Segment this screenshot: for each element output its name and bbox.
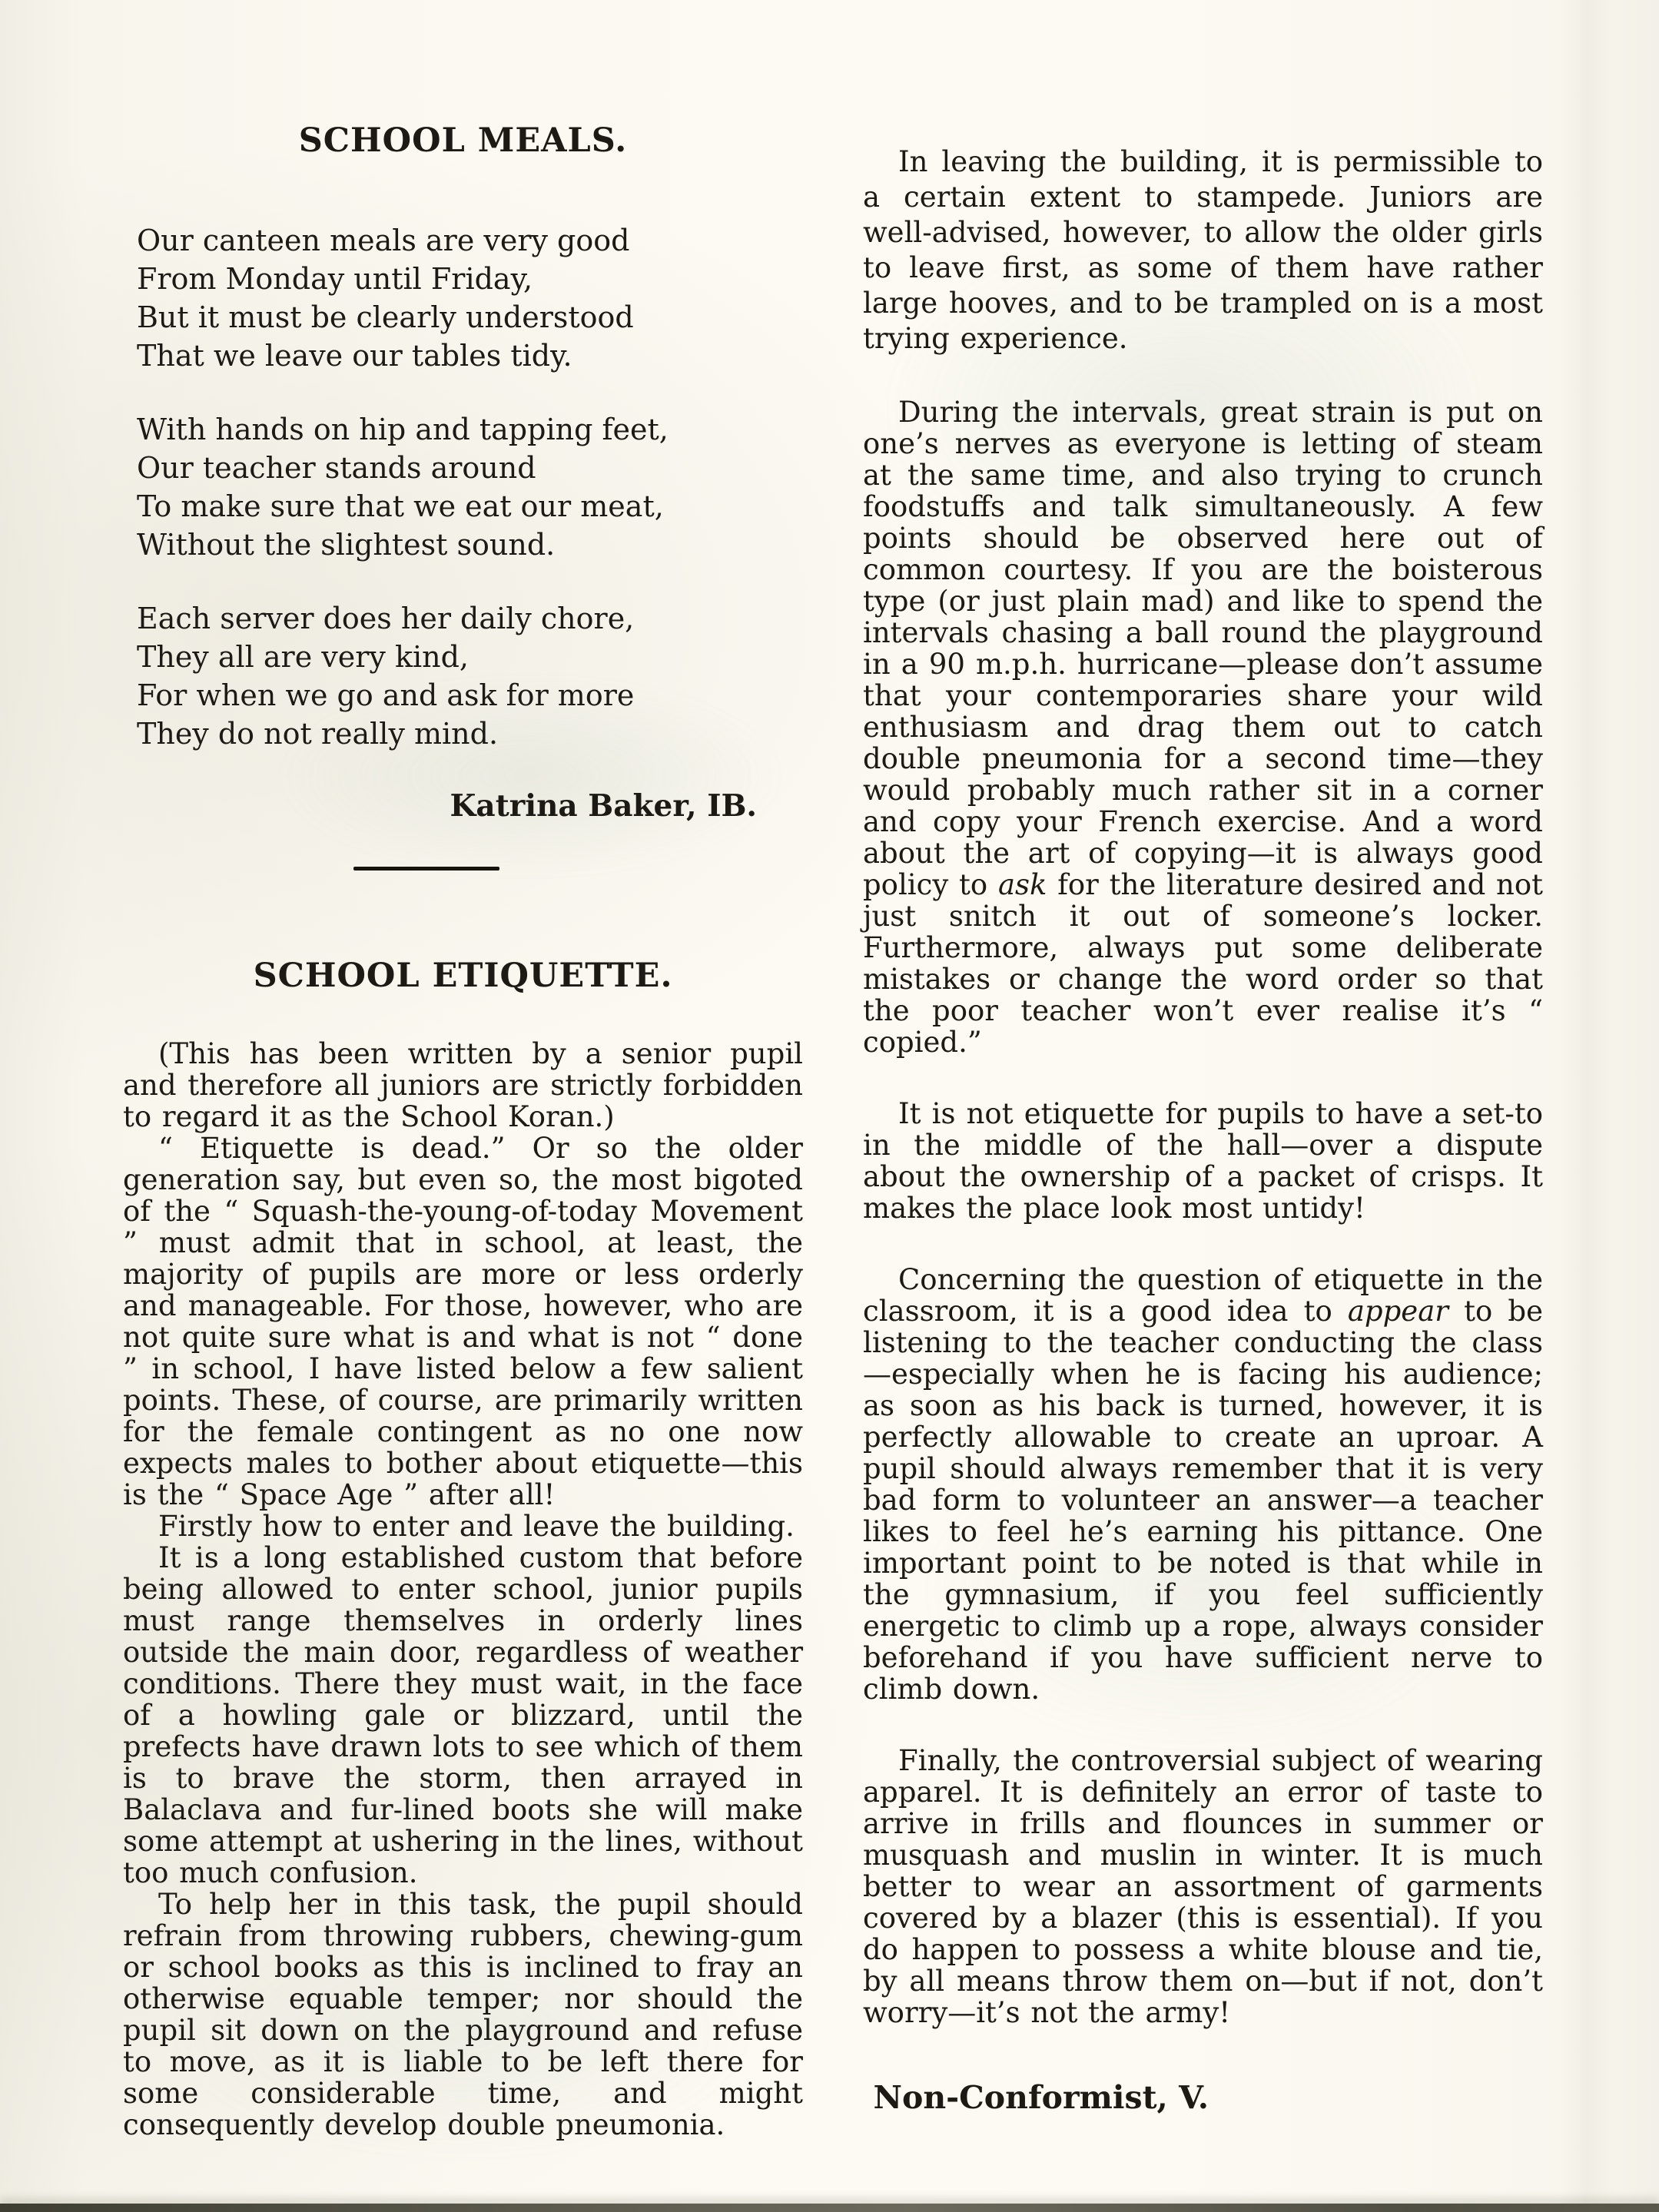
scan-crease-shadow	[1560, 0, 1614, 2212]
paragraph-text: During the intervals, great strain is pu…	[863, 396, 1543, 901]
poem-line: But it must be clearly understood	[137, 298, 803, 337]
poem-line: They do not really mind.	[137, 715, 803, 753]
poem-line: To make sure that we eat our meat,	[137, 487, 803, 526]
school-etiquette-heading: SCHOOL ETIQUETTE.	[123, 957, 803, 995]
school-meals-heading: SCHOOL MEALS.	[123, 121, 803, 160]
poem-stanza: Each server does her daily chore, They a…	[137, 599, 803, 753]
etiquette-article-left: (This has been written by a senior pupil…	[123, 1038, 803, 2141]
poem-line: Our canteen meals are very good	[137, 221, 803, 260]
article-paragraph: Concerning the question of etiquette in …	[863, 1264, 1543, 1705]
etiquette-paragraph: To help her in this task, the pupil shou…	[123, 1889, 803, 2141]
poem-line: Our teacher stands around	[137, 449, 803, 487]
etiquette-paragraph: “ Etiquette is dead.” Or so the older ge…	[123, 1133, 803, 1511]
scanned-magazine-page: SCHOOL MEALS. Our canteen meals are very…	[0, 0, 1659, 2212]
article-paragraph: It is not etiquette for pupils to have a…	[863, 1098, 1543, 1224]
poem-line: They all are very kind,	[137, 638, 803, 676]
etiquette-paragraph: It is a long established custom that bef…	[123, 1542, 803, 1889]
poem-line: For when we go and ask for more	[137, 676, 803, 715]
italic-word: ask	[998, 868, 1047, 901]
poem-line: With hands on hip and tapping feet,	[137, 410, 803, 449]
right-column: In leaving the building, it is permissib…	[863, 121, 1543, 2141]
article-paragraph: During the intervals, great strain is pu…	[863, 396, 1543, 1058]
italic-word: appear	[1348, 1295, 1448, 1328]
left-column: SCHOOL MEALS. Our canteen meals are very…	[123, 121, 803, 2141]
poem-line: That we leave our tables tidy.	[137, 337, 803, 375]
poem-line: Each server does her daily chore,	[137, 599, 803, 638]
poem-stanza: Our canteen meals are very good From Mon…	[137, 221, 803, 375]
poem-signature: Katrina Baker, IB.	[123, 788, 803, 824]
paragraph-text: to be listening to the teacher conductin…	[863, 1295, 1543, 1706]
poem-line: Without the slightest sound.	[137, 526, 803, 564]
poem-line: From Monday until Friday,	[137, 260, 803, 298]
article-paragraph: Finally, the controversial subject of we…	[863, 1745, 1543, 2028]
section-divider-rule	[353, 867, 499, 871]
poem-stanza: With hands on hip and tapping feet, Our …	[137, 410, 803, 564]
school-meals-poem: Our canteen meals are very good From Mon…	[123, 221, 803, 753]
article-signature: Non-Conformist, V.	[863, 2079, 1543, 2116]
article-paragraph: In leaving the building, it is permissib…	[863, 144, 1543, 357]
etiquette-paragraph: Firstly how to enter and leave the build…	[123, 1511, 803, 1542]
two-column-layout: SCHOOL MEALS. Our canteen meals are very…	[123, 121, 1543, 2141]
bottom-scan-edge	[0, 2204, 1659, 2212]
etiquette-paragraph: (This has been written by a senior pupil…	[123, 1038, 803, 1133]
